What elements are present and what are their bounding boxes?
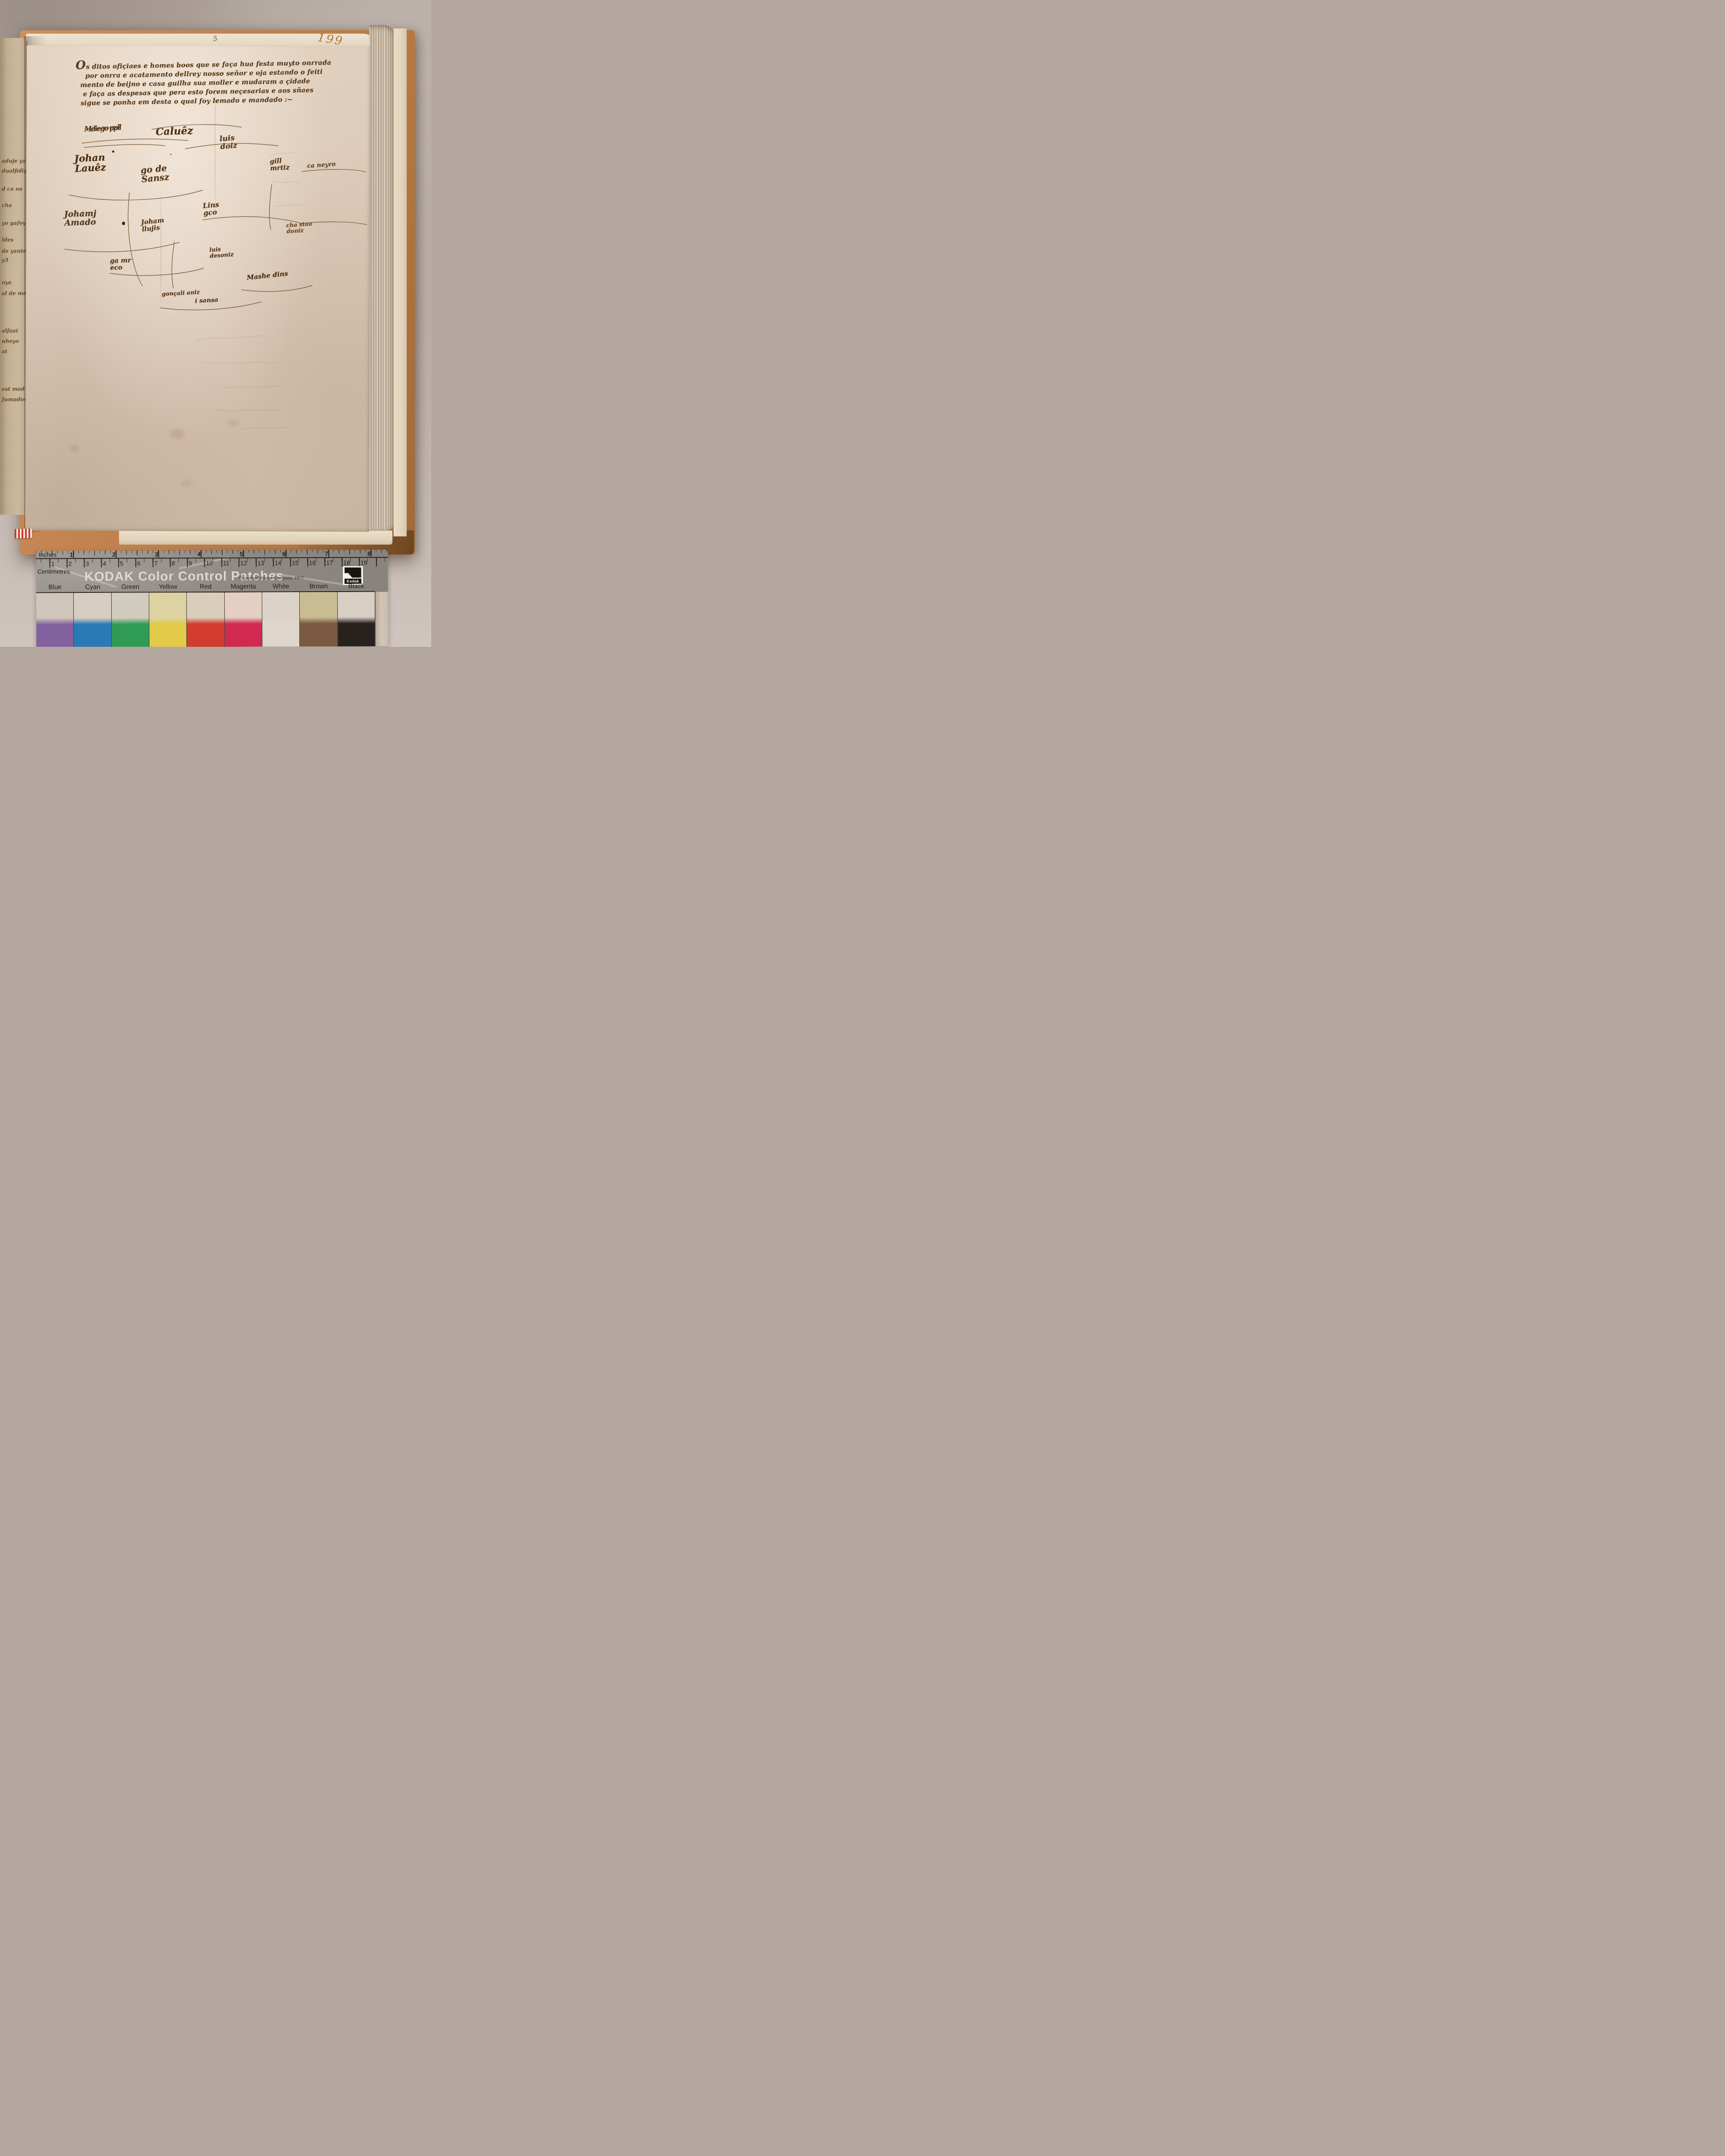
color-patches-row xyxy=(36,592,375,647)
inch-number: 6 xyxy=(282,550,286,557)
inch-number: 4 xyxy=(197,551,201,558)
marginal-text-fragment: Jumados xyxy=(2,396,27,403)
cm-number: 18 xyxy=(343,559,350,566)
cm-number: 15 xyxy=(292,559,299,566)
color-patch-black xyxy=(337,592,376,646)
patch-label: Black xyxy=(337,583,375,591)
bookmark-ribbon xyxy=(15,528,32,538)
marginal-text-fragment: al de med xyxy=(2,290,28,297)
color-patch-brown xyxy=(299,592,337,646)
cm-number: 17 xyxy=(326,559,333,566)
inch-number: 1 xyxy=(70,551,73,558)
cm-number: 1 xyxy=(51,560,55,567)
foxing-stain xyxy=(70,445,79,452)
patch-label: Red xyxy=(187,583,224,592)
marginal-text-fragment: yo gafoy dom xyxy=(2,220,28,226)
marginal-text-fragment: cha xyxy=(2,202,12,208)
marginal-text-fragment: y3 xyxy=(2,257,8,263)
cm-number: 5 xyxy=(120,560,123,567)
patch-label: Cyan xyxy=(74,583,111,592)
inch-number: 2 xyxy=(112,551,116,558)
color-patch-cyan xyxy=(73,593,111,647)
kodak-color-control-strip: Inches Centimetres 12345678 123456789101… xyxy=(36,550,389,647)
manuscript-page xyxy=(25,45,371,532)
cm-number: 6 xyxy=(137,560,141,567)
patch-label: Blue xyxy=(36,583,74,592)
cm-number: 19 xyxy=(361,559,367,566)
color-patch-yellow xyxy=(149,592,187,647)
marginal-text-fragment: at xyxy=(2,348,7,354)
foxing-stain xyxy=(181,480,192,486)
cm-number: 13 xyxy=(257,560,264,567)
cm-number: 12 xyxy=(240,560,247,567)
patch-labels-row: BlueCyanGreenYellowRedMagentaWhiteBrownB… xyxy=(36,583,375,592)
marginal-text-fragment: est mad xyxy=(2,386,25,392)
cm-number: 10 xyxy=(206,560,213,567)
patch-label: White xyxy=(262,583,300,591)
marginal-text-fragment: alfaat xyxy=(2,328,19,334)
kodak-copyright: ©Eastman Kodak Company, 1977 xyxy=(239,576,304,581)
endpaper-bottom xyxy=(119,530,392,545)
color-patch-white xyxy=(262,592,300,646)
ink-blot xyxy=(122,222,125,225)
inch-number: 8 xyxy=(367,550,371,557)
foxing-stain xyxy=(228,419,240,427)
inch-number: 7 xyxy=(325,550,328,557)
marginal-text-fragment: de yantes xyxy=(2,248,28,254)
foxing-stain xyxy=(170,429,185,439)
orange-ink-dot xyxy=(170,154,172,155)
color-patch-red xyxy=(186,592,224,647)
color-patch-blue xyxy=(36,593,74,647)
cm-number: 11 xyxy=(223,560,229,567)
inch-number: 5 xyxy=(240,551,243,558)
cm-number: 14 xyxy=(275,559,282,566)
marginal-text-fragment: d ca na xyxy=(2,186,22,192)
endpaper-right xyxy=(393,28,407,536)
cm-number: 3 xyxy=(85,560,89,567)
marginal-text-fragment: aduje ya xyxy=(2,158,26,164)
cm-number: 16 xyxy=(309,559,316,566)
color-patch-green xyxy=(111,593,149,647)
marginal-text-fragment: dualfidiga xyxy=(2,168,28,174)
patch-label: Brown xyxy=(300,583,337,591)
strip-torn-edge xyxy=(376,592,388,646)
cm-number: 7 xyxy=(154,560,158,567)
page-stack-fore-edge xyxy=(369,25,393,530)
marginal-text-fragment: nheyo xyxy=(2,338,19,344)
patch-label: Magenta xyxy=(225,583,262,592)
paper-crease xyxy=(160,185,161,315)
marginal-text-fragment: ldes xyxy=(2,237,13,243)
patch-label: Yellow xyxy=(149,583,187,592)
kodak-k-icon xyxy=(345,567,361,578)
marginal-text-fragment: oya xyxy=(2,279,12,285)
ruler-inches-label: Inches xyxy=(39,551,56,558)
cm-number: 2 xyxy=(69,560,72,567)
cm-number: 8 xyxy=(172,560,175,567)
cm-number: 9 xyxy=(189,560,192,567)
inch-number: 3 xyxy=(155,551,158,558)
ink-blot xyxy=(112,150,114,153)
color-patch-magenta xyxy=(224,592,262,647)
paper-crease xyxy=(215,60,216,229)
facing-page-edge: aduje yadualfidigad ca nachayo gafoy dom… xyxy=(0,38,28,515)
ruler-centimetres-label: Centimetres xyxy=(38,568,70,575)
cm-number: 4 xyxy=(103,560,106,567)
patch-label: Green xyxy=(112,583,149,592)
photo-stage: aduje yadualfidigad ca nachayo gafoy dom… xyxy=(0,0,431,647)
